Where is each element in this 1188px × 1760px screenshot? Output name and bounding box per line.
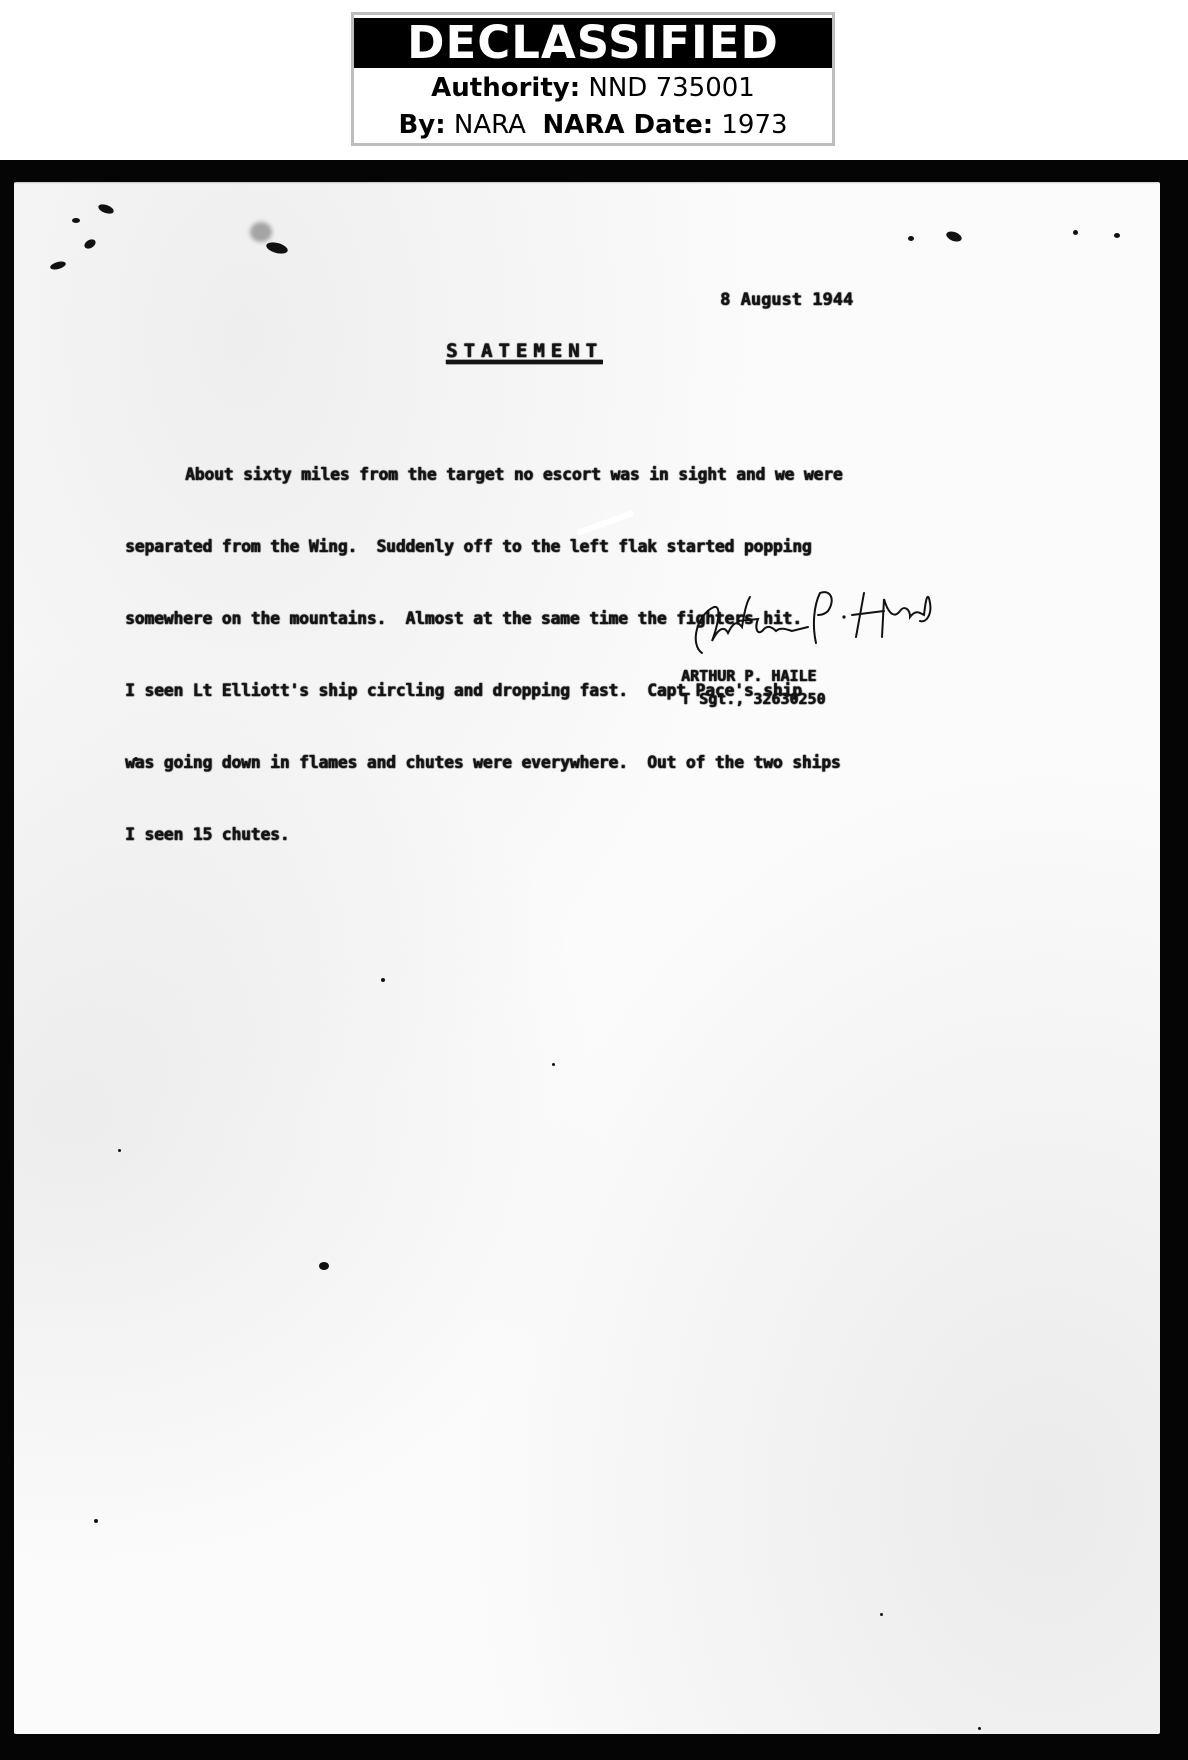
- handwritten-signature: Arthur P. Haile: [688, 585, 938, 665]
- statement-line: I seen Lt Elliott's ship circling and dr…: [125, 679, 1025, 703]
- statement-line: I seen 15 chutes.: [125, 823, 1025, 847]
- speck: [118, 1149, 121, 1152]
- stain-mark: [1073, 230, 1078, 235]
- statement-line: About sixty miles from the target no esc…: [125, 463, 1025, 487]
- stain-mark: [72, 218, 80, 223]
- stain-mark: [319, 1262, 329, 1270]
- stain-mark: [250, 222, 272, 242]
- stamp-by-value: NARA: [454, 110, 526, 140]
- stamp-by-label: By:: [398, 110, 445, 140]
- paper-top-edge-shadow: [14, 174, 1160, 184]
- statement-line: was going down in flames and chutes were…: [125, 751, 1025, 775]
- stamp-header: DECLASSIFIED: [354, 18, 832, 68]
- stamp-authority-label: Authority:: [431, 73, 580, 103]
- speck: [94, 1519, 98, 1523]
- signer-name: ARTHUR P. HAILE: [681, 667, 816, 685]
- speck: [552, 1063, 555, 1066]
- declassification-stamp: DECLASSIFIED Authority: NND 735001 By: N…: [351, 12, 835, 146]
- statement-line: separated from the Wing. Suddenly off to…: [125, 535, 1025, 559]
- signer-rank-serial: T Sgt., 32630250: [681, 690, 826, 708]
- speck: [978, 1727, 981, 1730]
- stain-mark: [908, 236, 914, 241]
- document-title: STATEMENT: [446, 340, 603, 362]
- signature-block: ARTHUR P. HAILE T Sgt., 32630250: [681, 665, 826, 711]
- stamp-by-line: By: NARA NARA Date: 1973: [354, 110, 832, 140]
- stamp-date-label: NARA Date:: [542, 110, 713, 140]
- speck: [880, 1613, 883, 1616]
- document-date: 8 August 1944: [720, 290, 853, 310]
- stamp-authority-value: NND 735001: [588, 73, 754, 103]
- scanned-page-frame: [0, 160, 1188, 1760]
- stamp-authority-line: Authority: NND 735001: [354, 73, 832, 103]
- stain-mark: [1114, 233, 1120, 238]
- stamp-date-value: 1973: [721, 110, 787, 140]
- speck: [381, 978, 385, 982]
